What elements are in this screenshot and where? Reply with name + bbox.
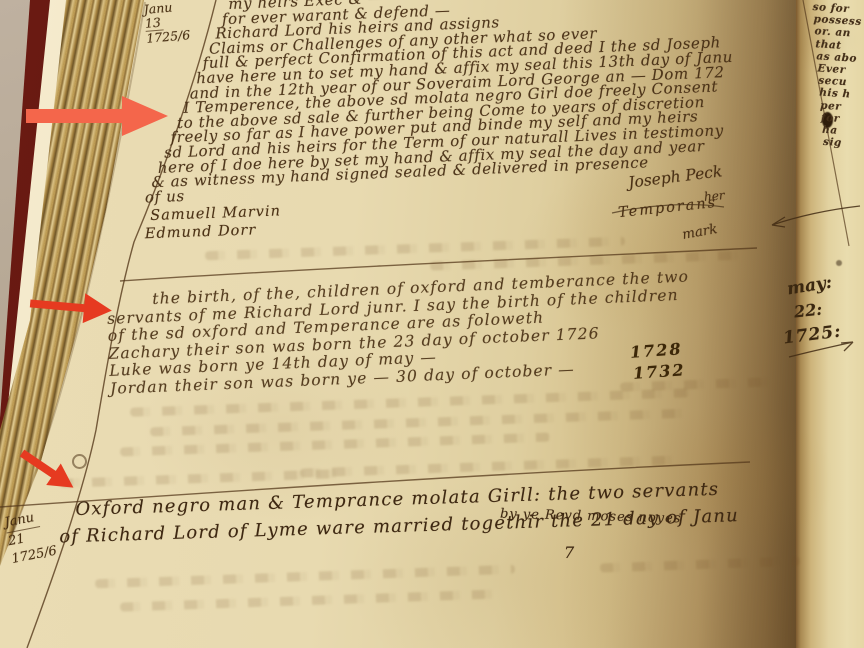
facing-page-fragment: sig: [823, 136, 855, 150]
birth-year-1728: 1728: [629, 339, 683, 362]
record-births: the birth, of the, children of oxford an…: [152, 269, 693, 397]
arrow-shaft: [30, 299, 86, 312]
page-number: 7: [564, 543, 574, 562]
facing-page-text: so forpossessor. anthatas aboEversecuhis…: [804, 1, 863, 150]
ink-spot: [836, 260, 842, 266]
manuscript-photo: Janu 13 1725/6 my heirs Exec & —for ever…: [0, 0, 864, 648]
witness-signatures: Samuell MarvinEdmund Dorr: [150, 203, 282, 243]
arrow-shaft: [26, 109, 126, 123]
circled-mark: [72, 454, 87, 469]
margin-note-day: 22:: [793, 300, 823, 322]
margin-date-jan-13: Janu 13 1725/6: [143, 0, 191, 46]
arrow-head: [122, 96, 168, 136]
birth-year-1732: 1732: [632, 360, 686, 383]
arrow-head: [83, 293, 114, 325]
red-arrow-1: [26, 96, 168, 136]
